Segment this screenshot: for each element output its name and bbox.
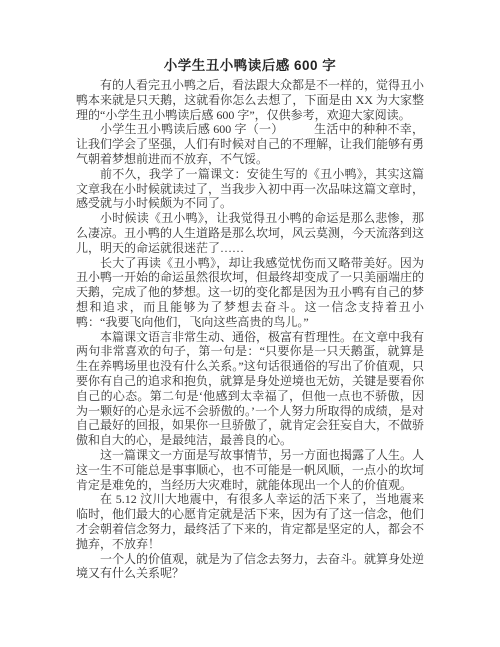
paragraph-favorite-sentences: 本篇课文语言非常生动、通俗，极富有哲理性。在文章中我有两句非常喜欢的句子，第一句…	[76, 330, 424, 448]
paragraph-earthquake: 在 5.12 汶川大地震中，有很多人幸运的活下来了，当地震来临时，他们最大的心愿…	[76, 492, 424, 551]
paragraph-essay-heading: 小学生丑小鸭读后感 600 字（一） 生活中的种种不幸，让我们学会了坚强，人们有…	[76, 122, 424, 166]
paragraph-conclusion: 一个人的价值观，就是为了信念去努力，去奋斗。就算身处逆境又有什么关系呢？	[76, 552, 424, 582]
document-title: 小学生丑小鸭读后感 600 字	[0, 0, 500, 78]
paragraph-childhood-reading: 小时候读《丑小鸭》，让我觉得丑小鸭的命运是那么悲惨，那么凄凉。丑小鸭的人生道路是…	[76, 211, 424, 255]
paragraph-rereading: 长大了再读《丑小鸭》，却让我感觉忧伤而又略带美好。因为丑小鸭一开始的命运虽然很坎…	[76, 256, 424, 330]
document-body: 有的人看完丑小鸭之后，看法跟大众都是不一样的，觉得丑小鸭本来就是只天鹅，这就看你…	[76, 78, 424, 581]
document-page: 小学生丑小鸭读后感 600 字 有的人看完丑小鸭之后，看法跟大众都是不一样的，觉…	[0, 0, 500, 647]
paragraph-lesson: 前不久，我学了一篇课文：安徒生写的《丑小鸭》，其实这篇文章我在小时候就读过了，当…	[76, 167, 424, 211]
paragraph-intro: 有的人看完丑小鸭之后，看法跟大众都是不一样的，觉得丑小鸭本来就是只天鹅，这就看你…	[76, 78, 424, 122]
paragraph-life-lesson: 这一篇课文一方面是写故事情节，另一方面也揭露了人生。人这一生不可能总是事事顺心，…	[76, 448, 424, 492]
